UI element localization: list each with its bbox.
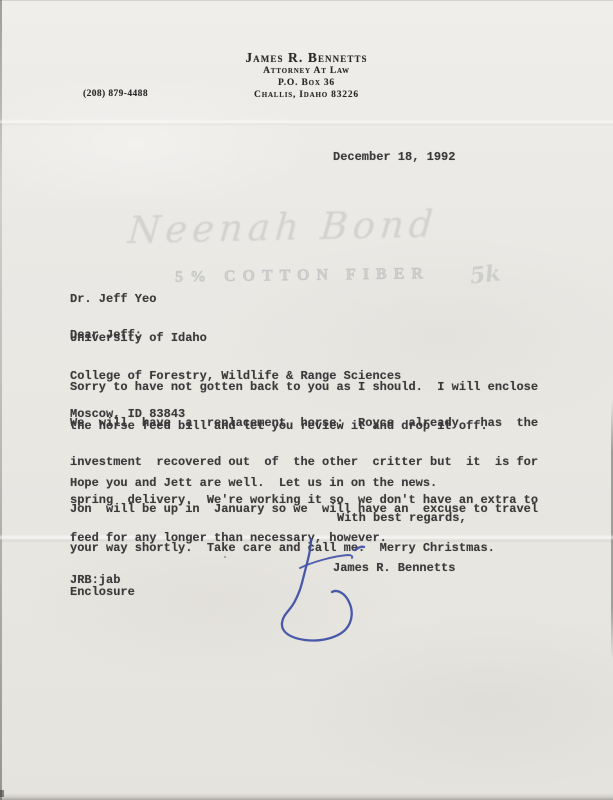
signed-name: James R. Bennetts (333, 562, 455, 575)
signature-stroke-accent (355, 547, 364, 550)
paper-watermark-script: Neenah Bond (126, 203, 439, 253)
date-line: December 18, 1992 (333, 151, 455, 164)
letterhead-name: James R. Bennetts (0, 50, 613, 66)
recipient-line: Dr. Jeff Yeo (70, 293, 401, 306)
scan-corner-mark (0, 790, 4, 797)
body-line: We will have a replacement horse; Royce … (70, 417, 538, 430)
letter-page: Neenah Bond 5% COTTON FIBER 5k James R. … (0, 0, 613, 800)
scan-speck (224, 556, 226, 558)
signature-flourish (260, 530, 380, 650)
enclosure-note: Enclosure (70, 586, 135, 599)
paper-watermark-monogram: 5k (469, 260, 502, 289)
scan-edge-top (0, 0, 613, 1)
body-line: Jon will be up in January so we will hav… (70, 503, 538, 516)
salutation: Dear Jeff: (70, 329, 142, 342)
valediction: With best regards, (337, 512, 467, 525)
letterhead-pobox: P.O. Box 36 (0, 78, 613, 88)
signature-stroke-main (282, 539, 352, 641)
fold-crease-top (0, 119, 613, 126)
scan-edge-bottom (0, 793, 613, 800)
letterhead-title: Attorney At Law (0, 66, 613, 76)
letterhead-phone: (208) 879-4488 (83, 89, 148, 99)
